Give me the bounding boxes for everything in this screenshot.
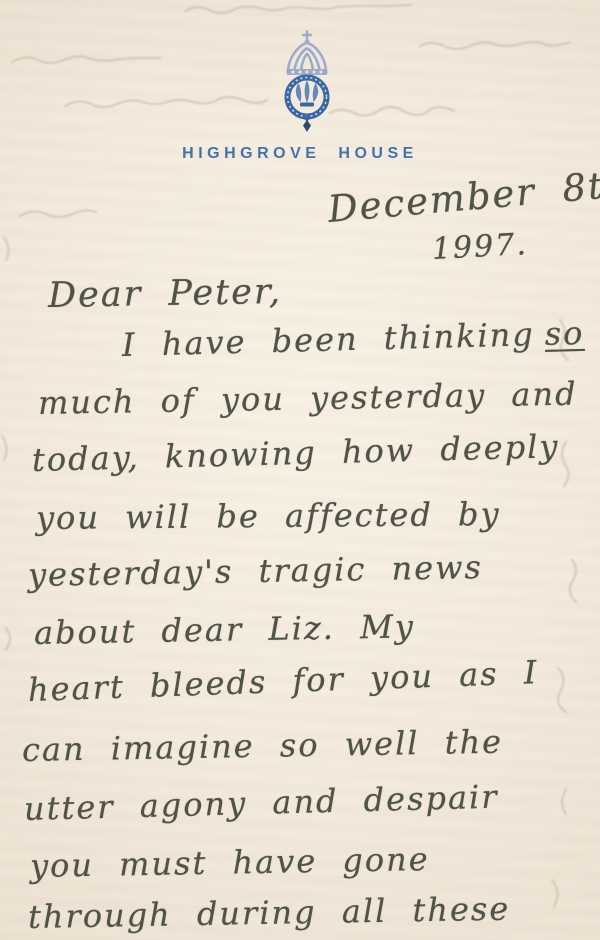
letter-line: you will be affected by: [36, 495, 501, 537]
letter-line: through during all these: [28, 890, 511, 936]
letter-line: yesterday's tragic news: [28, 548, 484, 594]
letter-line: about dear Liz. My: [34, 607, 416, 652]
prince-of-wales-feathers-badge-icon: [277, 30, 337, 134]
letter-line: much of you yesterday and: [38, 375, 578, 422]
letter-line: can imagine so well the: [22, 723, 504, 769]
letterhead-title: HIGHGROVE HOUSE: [0, 145, 600, 163]
opening-line: I have been thinkingso: [122, 314, 585, 364]
letter-line: heart bleeds for you as I: [27, 653, 539, 709]
letter-line: utter agony and despair: [24, 778, 500, 828]
date-line-1: December 8th: [326, 162, 600, 231]
underlined-word: so: [544, 314, 585, 353]
letter-line: you must have gone: [30, 840, 430, 885]
salutation-line: Dear Peter,: [48, 272, 283, 316]
opening-line-text: I have been thinking: [122, 315, 536, 364]
date-line-2: 1997.: [431, 227, 529, 267]
letter-line: today, knowing how deeply: [32, 427, 560, 479]
letter-page: HIGHGROVE HOUSE December 8th 1997. Dear …: [0, 0, 600, 940]
